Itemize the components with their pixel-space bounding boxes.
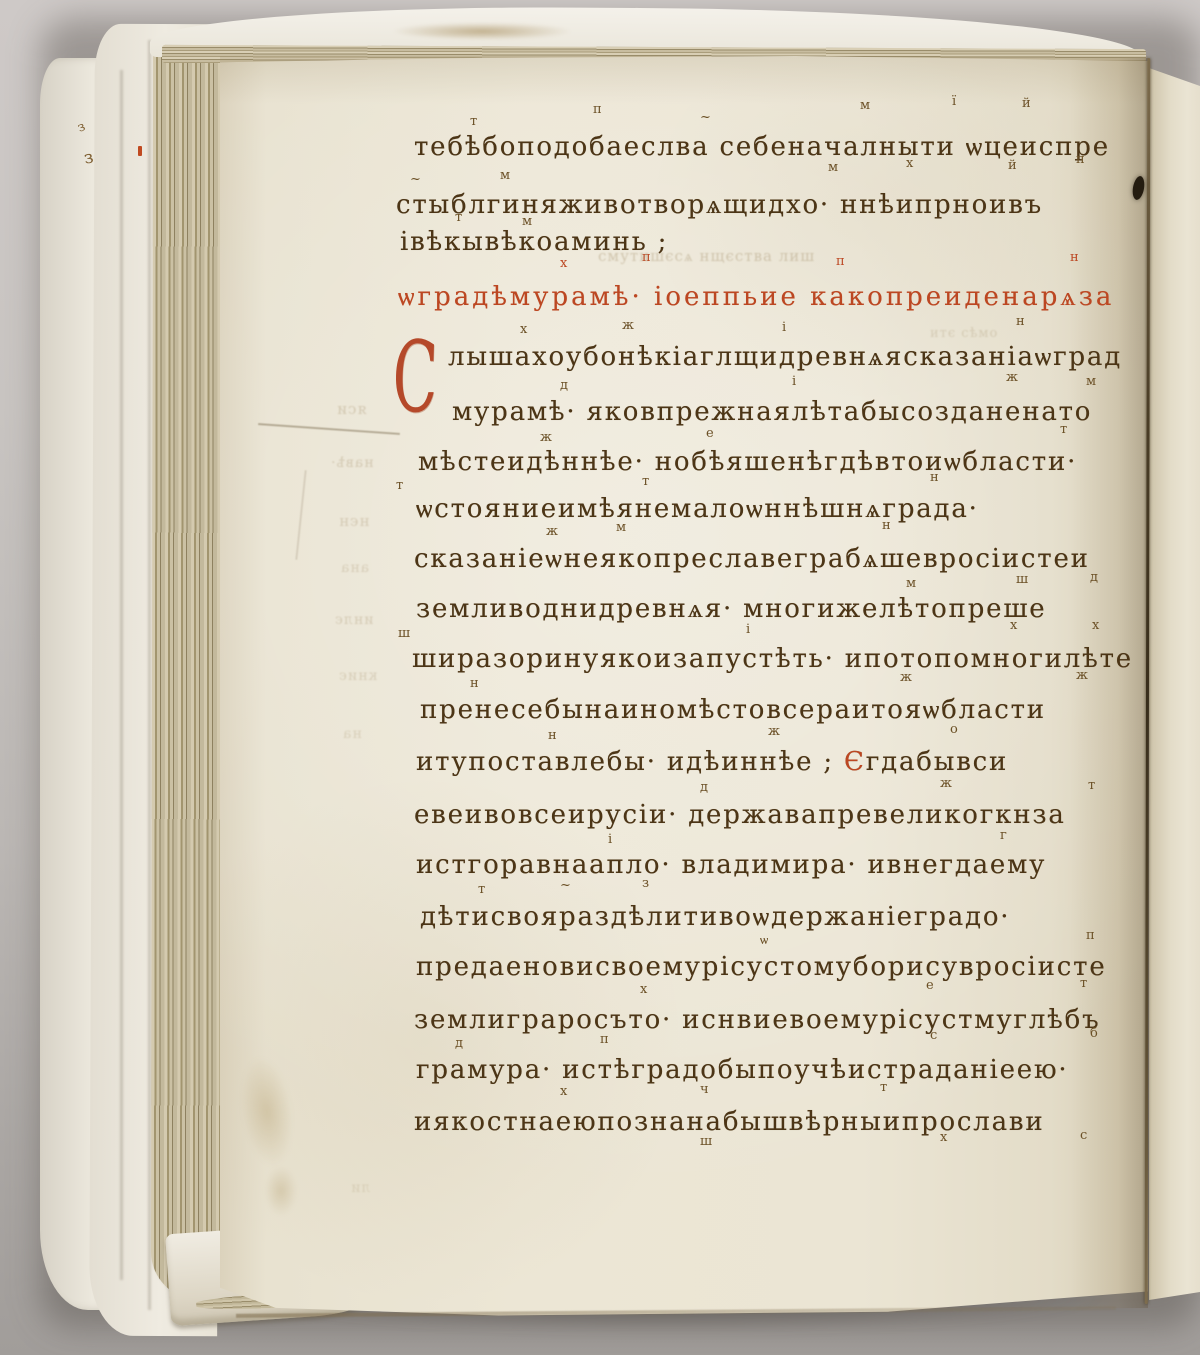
superscript-mark: т xyxy=(1060,422,1067,437)
manuscript-text-line: земливоднидревнѧя· многижелѣтопреше xyxy=(416,596,1046,622)
manuscript-text-line: пренесебынаиномѣстовсераитояѡбласти xyxy=(420,697,1046,723)
superscript-mark: ~ xyxy=(410,172,421,187)
manuscript-text-line: ѡстояниеимѣянемалоѡннѣшнѧграда· xyxy=(416,496,979,522)
text-segment: мурамѣ· яковпрежнаялѣтабысозданенато xyxy=(452,397,1092,427)
manuscript-text-line: мурамѣ· яковпрежнаялѣтабысозданенато xyxy=(452,399,1092,425)
superscript-mark: і xyxy=(746,622,750,637)
manuscript-text-line: ширазоринуякоизапустѣть· ипотопомногилѣт… xyxy=(412,646,1133,672)
superscript-mark: т xyxy=(642,474,649,489)
text-segment: стыблгиняживотворѧщидхо· ннѣипрноивъ xyxy=(396,190,1043,220)
superscript-mark: ѡ xyxy=(760,932,768,948)
manuscript-text-line: тебѣбоподобаеслва себеначалныти ѡцеиспре xyxy=(414,134,1110,160)
text-segment: пренесебынаиномѣстовсераитояѡбласти xyxy=(420,695,1046,725)
superscript-mark: п xyxy=(836,254,845,269)
superscript-mark: м xyxy=(522,214,532,229)
superscript-mark: о xyxy=(950,722,958,737)
superscript-mark: т xyxy=(396,478,403,493)
manuscript-text-line: сказаніеѡнеякопреславеграбѧшевросіистеи xyxy=(414,546,1090,572)
superscript-mark: ж xyxy=(900,670,912,685)
bleedthrough-text: яси xyxy=(336,400,367,418)
manuscript-text-line: иякостнаеюпознанабышвѣрныипрослави xyxy=(414,1109,1044,1135)
superscript-mark: х xyxy=(560,1084,567,1099)
bleedthrough-text: книє xyxy=(338,668,377,684)
text-segment: землиграросъто· иснвиевоемурісустмуглѣбъ xyxy=(414,1005,1100,1035)
superscript-mark: п xyxy=(1086,928,1095,943)
superscript-mark: н xyxy=(1016,314,1025,329)
superscript-mark: х xyxy=(906,156,913,171)
manuscript-text-line: итупоставлебы· идѣиннѣе ; Єгдабывси xyxy=(416,749,1008,775)
superscript-mark: х xyxy=(640,982,647,997)
text-segment: итупоставлебы· идѣиннѣе ; xyxy=(416,747,844,777)
superscript-mark: х xyxy=(1092,618,1099,633)
superscript-mark: й xyxy=(1008,158,1017,173)
manuscript-text-line: грамура· истѣградобыпоучѣистраданіеею· xyxy=(416,1057,1069,1083)
text-segment: евеивовсеирусіи· державапревеликогкнза xyxy=(414,800,1066,830)
superscript-mark: м xyxy=(616,520,626,535)
manuscript-text-line: евеивовсеирусіи· державапревеликогкнза xyxy=(414,802,1066,828)
parchment-stain xyxy=(258,1156,304,1226)
text-segment: земливоднидревнѧя· многижелѣтопреше xyxy=(416,594,1046,624)
superscript-mark: і xyxy=(792,374,796,389)
bleedthrough-text: навѣ· xyxy=(330,455,373,471)
text-segment: грамура· истѣградобыпоучѣистраданіеею· xyxy=(416,1055,1069,1085)
superscript-mark: х xyxy=(940,1130,947,1145)
text-segment: иякостнаеюпознанабышвѣрныипрослави xyxy=(414,1107,1044,1137)
superscript-mark: д xyxy=(455,1036,463,1051)
text-segment: мѣстеидѣннѣе· нобѣяшенѣгдѣвтоиѡбласти· xyxy=(418,447,1077,477)
bleedthrough-text: итє сѣмо xyxy=(930,326,998,341)
text-segment: дѣтисвояраздѣлитивоѡдержаніеградо· xyxy=(420,902,1010,932)
bleedthrough-text: инлє xyxy=(334,612,373,628)
superscript-mark: с xyxy=(930,1028,937,1043)
superscript-mark: ~ xyxy=(560,878,571,893)
facing-page-sliver xyxy=(1149,56,1200,1308)
superscript-mark: ж xyxy=(546,524,558,539)
superscript-mark: м xyxy=(1086,374,1096,389)
superscript-mark: м xyxy=(906,576,916,591)
superscript-mark: с xyxy=(1080,1128,1087,1143)
superscript-mark: ї xyxy=(952,94,956,109)
manuscript-text-line: истгоравнаапло· владимира· ивнегдаему xyxy=(416,852,1046,878)
superscript-mark: г xyxy=(1000,828,1007,843)
manuscript-text-line: мѣстеидѣннѣе· нобѣяшенѣгдѣвтоиѡбласти· xyxy=(418,449,1077,475)
gutter-shading xyxy=(1070,58,1148,1308)
superscript-mark: ш xyxy=(1016,572,1028,587)
superscript-mark: б xyxy=(1090,1026,1098,1041)
superscript-mark: ж xyxy=(1006,370,1018,385)
superscript-mark: ш xyxy=(700,1134,712,1149)
bleedthrough-text: на xyxy=(342,726,362,742)
superscript-mark: т xyxy=(455,210,462,225)
rubric-initial: Є xyxy=(844,747,866,777)
manuscript-photo: С тебѣбоподобаеслва себеначалныти ѡцеисп… xyxy=(0,0,1200,1355)
red-ink-speck xyxy=(138,146,142,156)
superscript-mark: н xyxy=(1070,250,1079,265)
superscript-mark: п xyxy=(593,102,602,117)
superscript-mark: м xyxy=(500,168,510,183)
manuscript-text-line: землиграросъто· иснвиевоемурісустмуглѣбъ xyxy=(414,1007,1100,1033)
text-segment: истгоравнаапло· владимира· ивнегдаему xyxy=(416,850,1046,880)
superscript-mark: н xyxy=(548,728,557,743)
text-segment: гдабывси xyxy=(866,747,1008,777)
superscript-mark: ж xyxy=(622,318,634,333)
superscript-mark: п xyxy=(600,1032,609,1047)
superscript-mark: н xyxy=(470,676,479,691)
superscript-mark: д xyxy=(1090,570,1098,585)
rubric-heading-line: ѡградѣмурамѣ· іоеппьие какопреиденарѧза xyxy=(398,284,1114,310)
text-segment: предаеновисвоемурісустомуборисувросіисте xyxy=(416,952,1107,982)
superscript-mark: х xyxy=(560,256,567,271)
text-segment: тебѣбоподобаеслва себеначалныти ѡцеиспре xyxy=(414,132,1110,162)
superscript-mark: і xyxy=(782,320,786,335)
bleedthrough-text: смутишєсѧ нщєства лиш xyxy=(598,247,815,266)
text-segment: лышахоубонѣкіаглщидревнѧясказаніаѡград xyxy=(448,342,1122,372)
superscript-mark: ж xyxy=(940,776,952,791)
text-segment: ѡстояниеимѣянемалоѡннѣшнѧграда· xyxy=(416,494,979,524)
bleedthrough-text: нєн xyxy=(338,512,369,530)
superscript-mark: ж xyxy=(1076,668,1088,683)
superscript-mark: п xyxy=(1076,152,1085,167)
rubric-initial: ѡградѣмурамѣ· іоеппьие какопреиденарѧза xyxy=(398,282,1114,312)
superscript-mark: т xyxy=(1080,976,1087,991)
superscript-mark: ж xyxy=(540,430,552,445)
page-fore-edges xyxy=(151,52,225,1300)
superscript-mark: м xyxy=(828,160,838,175)
leaf-ridge xyxy=(120,70,123,1280)
bleedthrough-text: ли xyxy=(350,1180,370,1196)
superscript-mark: х xyxy=(520,322,527,337)
text-segment: сказаніеѡнеякопреславеграбѧшевросіистеи xyxy=(414,544,1090,574)
superscript-mark: ж xyxy=(768,724,780,739)
superscript-mark: ч xyxy=(700,1082,709,1097)
manuscript-text-line: предаеновисвоемурісустомуборисувросіисте xyxy=(416,954,1107,980)
text-segment: ширазоринуякоизапустѣть· ипотопомногилѣт… xyxy=(412,644,1133,674)
superscript-mark: т xyxy=(470,114,477,129)
superscript-mark: ш xyxy=(398,626,410,641)
page-top-shading xyxy=(220,56,1148,104)
superscript-mark: н xyxy=(882,518,891,533)
superscript-mark: т xyxy=(880,1080,887,1095)
top-leaf-stain xyxy=(392,22,592,39)
bleedthrough-text: ана xyxy=(340,560,369,576)
superscript-mark: д xyxy=(700,780,708,795)
superscript-mark: н xyxy=(930,470,939,485)
manuscript-text-line: лышахоубонѣкіаглщидревнѧясказаніаѡград xyxy=(448,344,1122,370)
superscript-mark: й xyxy=(1022,96,1031,111)
superscript-mark: м xyxy=(860,98,870,113)
superscript-mark: т xyxy=(478,882,485,897)
superscript-mark: е xyxy=(926,978,934,993)
rubric-drop-cap: С xyxy=(391,334,439,422)
manuscript-text-line: стыблгиняживотворѧщидхо· ннѣипрноивъ xyxy=(396,192,1043,218)
superscript-mark: з xyxy=(642,876,649,891)
superscript-mark: т xyxy=(1088,778,1095,793)
superscript-mark: ~ xyxy=(700,110,711,125)
superscript-mark: д xyxy=(560,378,568,393)
superscript-mark: е xyxy=(706,426,714,441)
superscript-mark: і xyxy=(608,832,612,847)
superscript-mark: х xyxy=(1010,618,1017,633)
manuscript-text-line: дѣтисвояраздѣлитивоѡдержаніеградо· xyxy=(420,904,1010,930)
